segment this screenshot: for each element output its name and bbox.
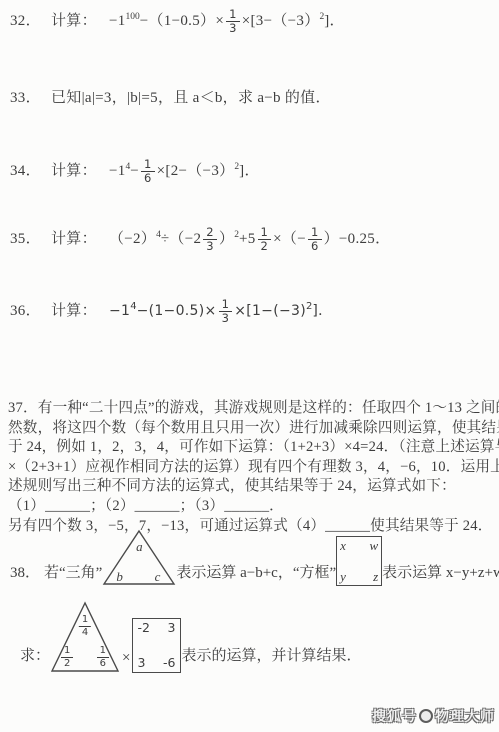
fraction-numerator: 1 [97,645,109,657]
paragraph-line: 37．有一种“二十四点”的游戏，其游戏规则是这样的：任取四个 1～13 之间的自 [8,399,496,419]
problem-38-post-text: 表示运算 x−y+z+w， [382,561,499,582]
paragraph-line: ×（2+3+1）应视作相同方法的运算）现有四个有理数 3，4，−6，10．运用上 [8,458,496,478]
expr-text: − [130,163,139,179]
problem-36-label: 计算： [51,303,97,319]
triangle-fraction-br: 16 [97,645,109,669]
problem-32-number: 32． [10,13,41,29]
problem-38-tail-text: 表示的运算，并计算结果． [181,644,361,665]
expr-text: ） [219,231,234,247]
fraction-denominator: 2 [258,239,272,253]
expr-text: −1 [109,13,126,29]
fraction-denominator: 3 [203,239,217,253]
fraction-numerator: 2 [203,226,217,239]
fraction-numerator: 1 [219,298,233,311]
fraction-denominator: 4 [79,626,91,639]
triangle-outline-icon [102,529,176,586]
problem-38-qiu-label: 求： [20,644,50,665]
expr-text: ]． [239,163,260,179]
triangle-fraction-bl: 12 [61,645,73,669]
problem-33-number: 33． [10,90,41,106]
fraction: 12 [258,226,272,253]
worksheet-page: 32． 计算： −1100−（1−0.5）×13×[3−（−3）2]． 33． … [0,0,499,732]
fraction: 13 [219,298,233,325]
expr-text: +5 [239,231,256,247]
problem-38-pre-text: 若“三角” [44,561,102,582]
triangle-abc-shape: a b c [102,529,176,586]
square-numbers-shape: -2 3 3 -6 [132,618,181,673]
square-label-y: y [340,570,346,583]
expr-text: −1 [109,303,130,319]
problem-35-label: 计算： [51,231,97,247]
square-value-br: -6 [163,657,175,670]
watermark-text-brand: 物理大师 [435,706,495,726]
fraction-numerator: 1 [141,158,155,171]
triangle-fraction-top: 14 [79,614,91,638]
watermark-text-sohu: 搜狐号 [372,706,417,726]
square-value-bl: 3 [137,657,145,670]
problem-38-mid-text: 表示运算 a−b+c，“方框” [176,561,336,582]
expr-text: ×[3−（−3） [242,13,320,29]
fraction-denominator: 3 [226,21,240,35]
fraction-denominator: 6 [141,171,155,185]
problem-32: 32． 计算： −1100−（1−0.5）×13×[3−（−3）2]． [10,8,345,35]
problem-38: 38． 若“三角” a b c 表示运算 a−b+c，“方框” x w y z … [10,529,499,586]
expr-text: ×[2−（−3） [157,163,235,179]
problem-37: 37．有一种“二十四点”的游戏，其游戏规则是这样的：任取四个 1～13 之间的自… [8,399,496,536]
problem-35-number: 35． [10,231,41,247]
fraction: 16 [308,226,322,253]
expr-text: （−2） [109,231,156,247]
expr-text: −1 [109,163,126,179]
problem-34-number: 34． [10,163,41,179]
fraction-numerator: 1 [226,8,240,21]
triangle-fractions-shape: 14 12 16 [50,601,120,673]
fraction: 13 [226,8,240,35]
fraction-numerator: 1 [258,226,272,239]
triangle-label-b: b [116,570,123,583]
watermark-logo-icon [419,709,433,723]
problem-34: 34． 计算： −14−16×[2−（−3）2]． [10,158,260,185]
square-label-z: z [373,570,378,583]
fraction-numerator: 1 [308,226,322,239]
multiply-sign: × [122,650,130,667]
fraction-denominator: 6 [308,239,322,253]
fraction: 16 [141,158,155,185]
expr-text: −（1−0.5）× [140,13,224,29]
fraction-numerator: 1 [79,614,91,626]
expr-text: −(1−0.5)× [137,303,217,319]
paragraph-line-blanks: （1）______；（2）______；（3）______． [8,497,496,517]
square-value-tl: -2 [137,622,149,635]
triangle-label-c: c [155,570,161,583]
expr-text: ×（− [273,231,306,247]
expr-text: ÷（−2 [161,231,201,247]
paragraph-line: 述规则写出三种不同方法的运算式，使其结果等于 24，运算式如下： [8,477,496,497]
watermark: 搜狐号 物理大师 [372,706,495,726]
triangle-label-a: a [136,540,143,553]
fraction-denominator: 2 [61,657,73,670]
problem-33-text: 已知|a|=3，|b|=5，且 a＜b，求 a−b 的值． [51,90,331,106]
square-label-w: w [369,539,378,552]
square-value-tr: 3 [168,622,176,635]
expr-text: ]． [324,13,345,29]
problem-35: 35． 计算： （−2）4÷（−223）2+512×（−16）−0.25． [10,226,390,253]
square-label-x: x [340,539,346,552]
fraction-numerator: 1 [61,645,73,657]
problem-36-number: 36． [10,303,41,319]
expr-text: ]． [312,303,332,319]
problem-38-number: 38． [10,561,40,582]
problem-36: 36． 计算： −14−(1−0.5)×13×[1−(−3)2]． [10,298,332,325]
paragraph-line: 于 24，例如 1，2，3，4，可作如下运算：（1+2+3）×4=24．（注意上… [8,438,496,458]
paragraph-line: 然数，将这四个数（每个数用且只用一次）进行加减乘除四则运算，使其结果等 [8,419,496,439]
fraction-denominator: 6 [97,657,109,670]
problem-33: 33． 已知|a|=3，|b|=5，且 a＜b，求 a−b 的值． [10,86,331,107]
fraction: 23 [203,226,217,253]
exponent: 100 [126,12,140,22]
square-xwyz-shape: x w y z [336,536,382,586]
problem-34-label: 计算： [51,163,97,179]
expr-text: ）−0.25． [324,231,391,247]
problem-38-question: 求： 14 12 16 × -2 3 3 -6 表示的运算，并计算结果． [20,601,362,673]
expr-text: ×[1−(−3) [234,303,306,319]
problem-32-label: 计算： [51,13,97,29]
fraction-denominator: 3 [219,311,233,325]
